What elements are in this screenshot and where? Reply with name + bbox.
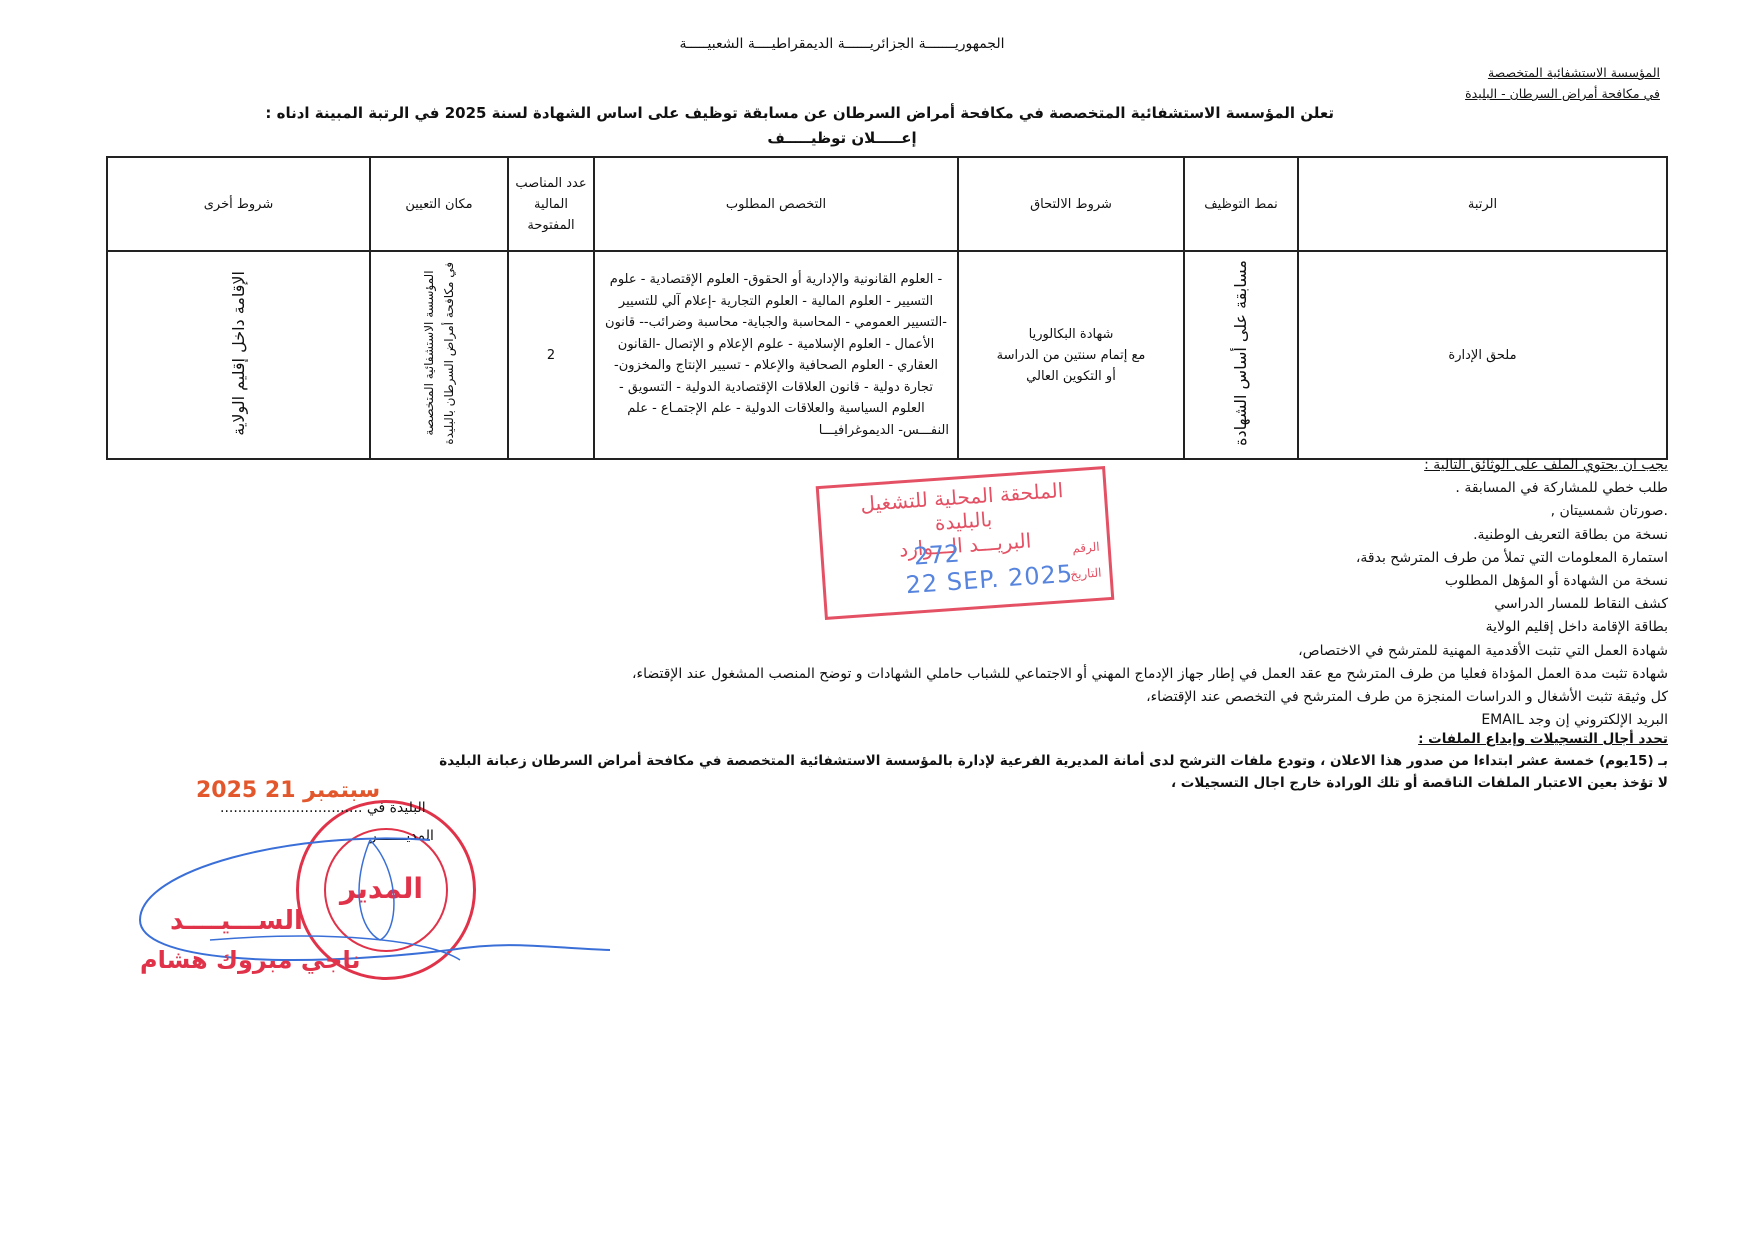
announcement-text: تعلن المؤسسة الاستشفائية المتخصصة في مكا… [265, 104, 1334, 122]
access-condition-line: مع إتمام سنتين من الدراسة [960, 345, 1182, 366]
header-positions: عدد المناصب المالية المفتوحة [508, 157, 594, 251]
cell-positions: 2 [508, 251, 594, 459]
location-line-1: المؤسسة الاستشفائية المتخصصة [422, 270, 436, 435]
stamp-number: 272 [913, 539, 961, 570]
other-conditions-text: الإقامة داخل إقليم الولاية [229, 271, 249, 436]
cell-access-conditions: شهادة البكالوريا مع إتمام سنتين من الدرا… [958, 251, 1184, 459]
signer-title: الســـيــــد [170, 906, 303, 936]
organization-header: المؤسسة الاستشفائية المتخصصة في مكافحة أ… [1465, 62, 1660, 104]
location-line-2: في مكافحة أمراض السرطان بالبليدة [442, 262, 456, 445]
organization-line-2: في مكافحة أمراض السرطان - البليدة [1465, 83, 1660, 104]
deadline-heading: تحدد أجال التسجيلات وإيداع الملفات : [439, 728, 1668, 750]
reception-stamp: الملحقة المحلية للتشغيل بالبليدة البريــ… [816, 466, 1115, 620]
place-date-line: البليدة في .............................… [220, 800, 426, 816]
access-condition-line: أو التكوين العالي [960, 366, 1182, 387]
document-item: كل وثيقة تثبت الأشغال و الدراسات المنجزة… [632, 686, 1668, 709]
document-item: نسخة من بطاقة التعريف الوطنية. [632, 524, 1668, 547]
documents-heading: يجب ان يحتوي الملف على الوثائق التالية : [632, 454, 1668, 477]
document-item: شهادة العمل التي تثبت الأقدمية المهنية ل… [632, 640, 1668, 663]
deadline-line: بـ (15يوم) خمسة عشر ابتداءا من صدور هذا … [439, 750, 1668, 772]
table-header-row: الرتبة نمط التوظيف شروط الالتحاق التخصص … [107, 157, 1667, 251]
cell-specialty: - العلوم القانونية والإدارية أو الحقوق- … [594, 251, 958, 459]
document-item: شهادة تثبت مدة العمل المؤداة فعليا من طر… [632, 663, 1668, 686]
cell-other-conditions: الإقامة داخل إقليم الولاية [107, 251, 370, 459]
cell-rank: ملحق الإدارة [1298, 251, 1667, 459]
stamp-number-label: الرقم [1072, 540, 1100, 556]
required-documents: يجب ان يحتوي الملف على الوثائق التالية :… [632, 454, 1668, 732]
document-item: نسخة من الشهادة أو المؤهل المطلوب [632, 570, 1668, 593]
table-row: ملحق الإدارة مسابقة على أساس الشهادة شها… [107, 251, 1667, 459]
date-dots: ................................ [220, 800, 362, 816]
document-item: طلب خطي للمشاركة في المسابقة . [632, 477, 1668, 500]
header-access-conditions: شروط الالتحاق [958, 157, 1184, 251]
republic-header: الجمهوريـــــــة الجزائريــــــة الديمقر… [0, 36, 1744, 52]
recruitment-mode-text: مسابقة على أساس الشهادة [1231, 260, 1251, 446]
signer-name: ناجي مبروك هشام [140, 946, 360, 974]
cell-recruitment-mode: مسابقة على أساس الشهادة [1184, 251, 1298, 459]
document-item: .صورتان شمسيتان , [632, 500, 1668, 523]
deadline-section: تحدد أجال التسجيلات وإيداع الملفات : بـ … [439, 728, 1668, 794]
place-label: البليدة في [367, 800, 426, 816]
stamp-date-label: التاريخ [1070, 566, 1102, 582]
document-title: إعـــــلان توظيـــــف [0, 129, 1744, 147]
document-item: بطاقة الإقامة داخل إقليم الولاية [632, 616, 1668, 639]
recruitment-table: الرتبة نمط التوظيف شروط الالتحاق التخصص … [106, 156, 1668, 460]
header-specialty: التخصص المطلوب [594, 157, 958, 251]
deadline-line: لا تؤخذ بعين الاعتبار الملفات الناقصة أو… [439, 772, 1668, 794]
cell-location: المؤسسة الاستشفائية المتخصصة في مكافحة أ… [370, 251, 508, 459]
organization-line-1: المؤسسة الاستشفائية المتخصصة [1465, 62, 1660, 83]
header-rank: الرتبة [1298, 157, 1667, 251]
header-other-conditions: شروط أخرى [107, 157, 370, 251]
header-location: مكان التعيين [370, 157, 508, 251]
document-item: استمارة المعلومات التي تملأ من طرف المتر… [632, 547, 1668, 570]
access-condition-line: شهادة البكالوريا [960, 324, 1182, 345]
header-recruitment-mode: نمط التوظيف [1184, 157, 1298, 251]
document-item: كشف النقاط للمسار الدراسي [632, 593, 1668, 616]
location-text: المؤسسة الاستشفائية المتخصصة في مكافحة أ… [419, 262, 459, 445]
